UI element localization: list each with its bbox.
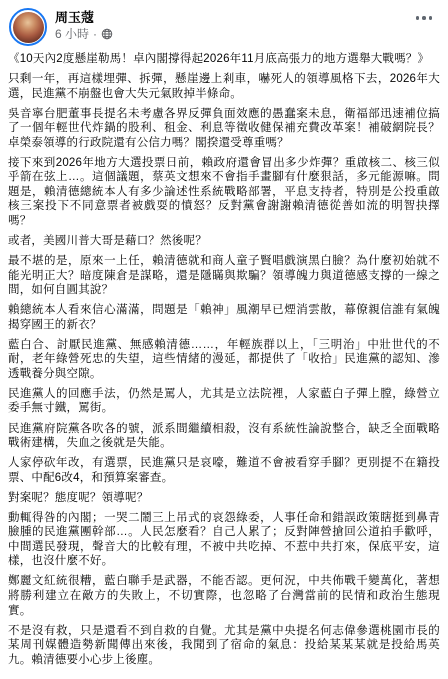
post-paragraph: 藍白合、討厭民進黨、無感賴清德……，年輕族群以上，「三明治」中壯世代的不耐，老年… — [8, 338, 440, 382]
dot — [429, 16, 433, 20]
avatar[interactable] — [9, 8, 47, 46]
timestamp[interactable]: 6 小時 — [55, 28, 89, 41]
header-text: 周玉蔻 6 小時 · — [55, 8, 113, 41]
meta-separator: · — [93, 28, 97, 41]
facebook-post: 周玉蔻 6 小時 · 《10天內2度懸崖勒馬！卓內閣撐得起2026年11月底高張… — [0, 0, 448, 679]
post-header: 周玉蔻 6 小時 · — [9, 8, 439, 46]
avatar-photo — [13, 12, 44, 43]
author-name[interactable]: 周玉蔻 — [55, 10, 113, 26]
post-paragraph: 賴總統本人看來信心滿滿，問題是「賴神」風潮早已煙消雲散，幕僚親信誰有氣魄揭穿國王… — [8, 303, 440, 332]
dot — [416, 16, 420, 20]
post-paragraph: 動輒得咎的內閣；一哭二鬧三上吊式的哀怨綠委，人事任命和錯誤政策瞎挺到鼻青臉腫的民… — [8, 511, 440, 569]
post-meta: 6 小時 · — [55, 28, 113, 41]
post-paragraph: 民進黨府院黨各吹各的號，派系間繼續相殺，沒有系統性論說整合，缺乏全面戰略戰術建構… — [8, 422, 440, 451]
post-paragraph: 接下來到2026年地方大選投票日前，賴政府還會冒出多少炸彈？重啟核二、核三似乎箭… — [8, 156, 440, 229]
post-paragraph: 或者，美國川普大哥是藉口？然後呢？ — [8, 234, 440, 249]
post-paragraph: 不是沒有救，只是還看不到自救的自覺。尤其是黨中央提名何志偉參選桃園市長的某周刊媒… — [8, 624, 440, 668]
post-content: 《10天內2度懸崖勒馬！卓內閣撐得起2026年11月底高張力的地方選舉大戰嗎？》… — [8, 52, 440, 667]
post-paragraph: 對案呢？態度呢？領導呢？ — [8, 491, 440, 506]
post-paragraph: 鄭麗文紅統很糟，藍白聯手是武器，不能否認。更何況，中共佈戰千變萬化，著想將勝利建… — [8, 574, 440, 618]
post-paragraph: 人家停砍年改，有選票，民進黨只是哀嚎，難道不會被看穿手腳？更別提不在籍投票、中配… — [8, 456, 440, 485]
more-options-button[interactable] — [414, 10, 435, 26]
globe-public-icon — [101, 28, 113, 40]
post-paragraph: 吳音寧台肥董事長提名未考慮各界反彈負面效應的愚蠢案未息，衛福部迅速補位搞了一個年… — [8, 107, 440, 151]
post-paragraph: 民進黨人的回應手法，仍然是罵人，尤其是立法院裡，人家藍白子彈上膛，綠營立委手無寸… — [8, 387, 440, 416]
post-title: 《10天內2度懸崖勒馬！卓內閣撐得起2026年11月底高張力的地方選舉大戰嗎？》 — [8, 52, 440, 67]
dot — [422, 16, 426, 20]
post-paragraph: 最不堪的是，原來一上任，賴清德就和商人童子賢唱戲演黑白臉？為什麼初始就不能光明正… — [8, 254, 440, 298]
post-paragraph: 只剩一年，再這樣埋彈、拆彈，懸崖邊上剎車，嚇死人的領導風格下去，2026年大選，… — [8, 72, 440, 101]
